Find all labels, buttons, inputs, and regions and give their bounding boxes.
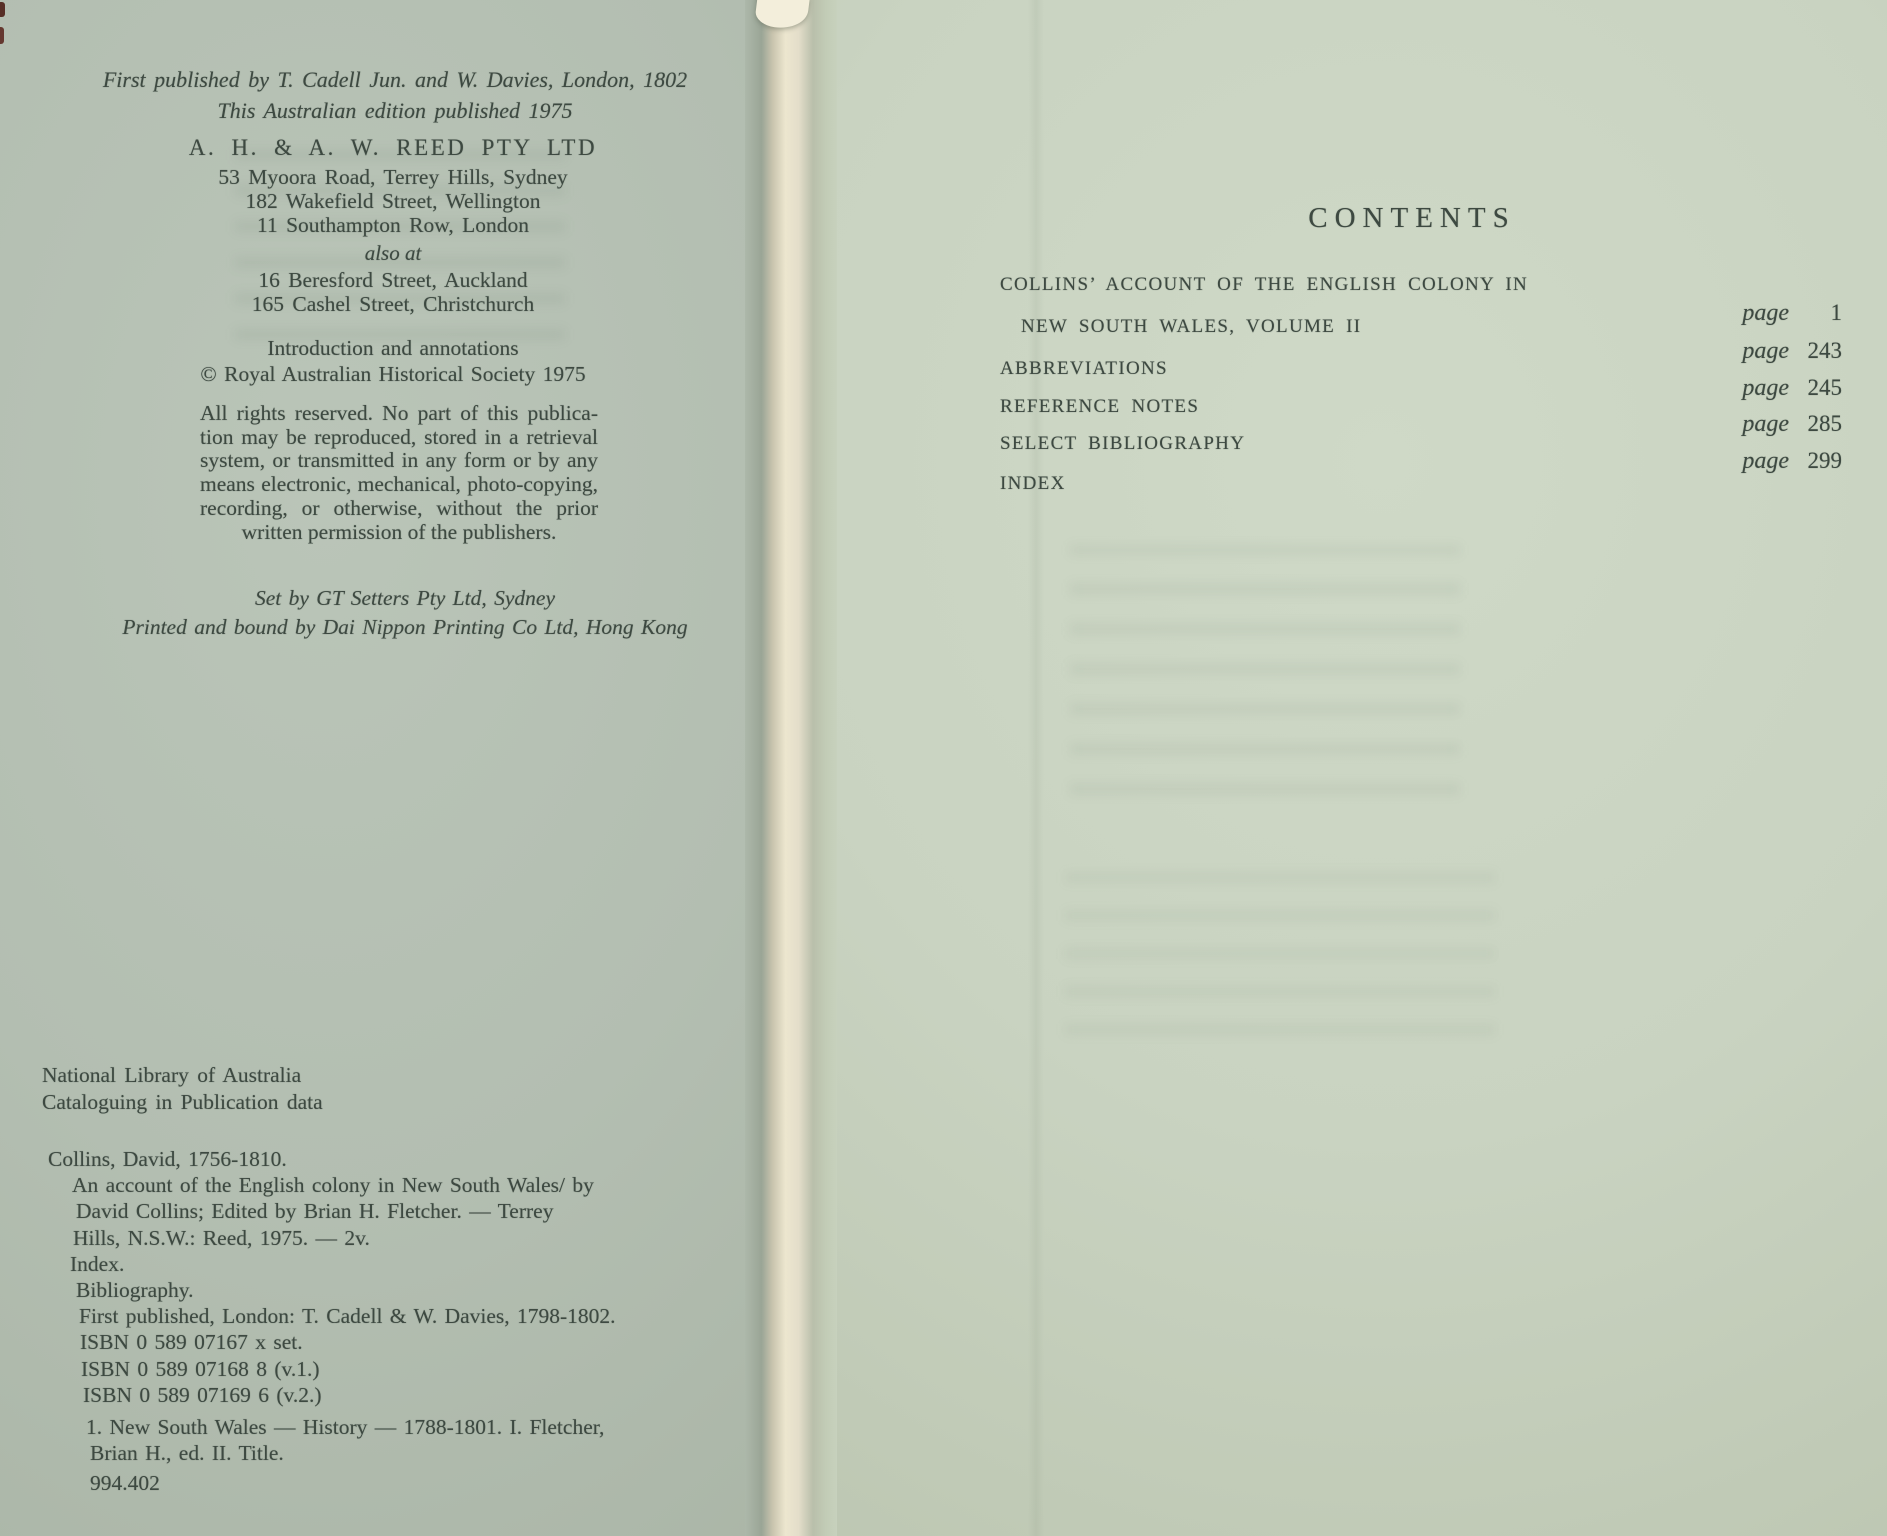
copyright-line: © Royal Australian Historical Society 19… — [93, 362, 693, 388]
cip-line: First published, London: T. Cadell & W. … — [42, 1303, 702, 1329]
page-ref: page 245 — [1736, 375, 1842, 402]
cip-line: ISBN 0 589 07169 6 (v.2.) — [42, 1382, 702, 1408]
book-gutter — [745, 0, 837, 1536]
contents-title: CONTENTS — [1112, 202, 1712, 235]
page-number: 299 — [1796, 448, 1842, 474]
cip-line: 994.402 — [42, 1470, 702, 1496]
contents-entry-select-bibliography: SELECT BIBLIOGRAPHY — [1000, 433, 1245, 455]
cip-header: National Library of Australia Cataloguin… — [42, 1062, 642, 1115]
cip-header-line: Cataloguing in Publication data — [42, 1089, 642, 1116]
cip-header-line: National Library of Australia — [42, 1062, 642, 1089]
contents-entry-volume-line2: NEW SOUTH WALES, VOLUME II — [1021, 316, 1361, 338]
address-line: 182 Wakefield Street, Wellington — [93, 190, 693, 214]
cip-line: David Collins; Edited by Brian H. Fletch… — [42, 1198, 702, 1224]
page-word: page — [1742, 338, 1789, 365]
contents-entry-reference-notes: REFERENCE NOTES — [1000, 396, 1199, 418]
rights-line: tion may be reproduced, stored in a retr… — [200, 426, 598, 450]
page-fold-line — [1028, 0, 1044, 1536]
page-word: page — [1742, 448, 1789, 475]
address-line: 16 Beresford Street, Auckland — [93, 268, 693, 292]
address-line: 11 Southampton Row, London — [93, 214, 693, 238]
rights-line: All rights reserved. No part of this pub… — [200, 402, 598, 426]
page-ref: page 1 — [1736, 300, 1842, 327]
cip-line: An account of the English colony in New … — [42, 1172, 702, 1198]
colophon-line: Printed and bound by Dai Nippon Printing… — [100, 613, 710, 642]
page-word: page — [1742, 375, 1789, 402]
cip-line: ISBN 0 589 07168 8 (v.1.) — [42, 1356, 702, 1382]
cip-line: Hills, N.S.W.: Reed, 1975. — 2v. — [42, 1225, 702, 1251]
cip-line: ISBN 0 589 07167 x set. — [42, 1329, 702, 1355]
photo-edge-artifact — [0, 2, 5, 17]
rights-line: means electronic, mechanical, photo-copy… — [200, 473, 598, 497]
address-line: 53 Myoora Road, Terrey Hills, Sydney — [93, 166, 693, 190]
contents-entry-volume: COLLINS’ ACCOUNT OF THE ENGLISH COLONY I… — [1000, 274, 1528, 296]
cip-line: 1. New South Wales — History — 1788-1801… — [42, 1414, 702, 1440]
edition-statement: First published by T. Cadell Jun. and W.… — [95, 64, 695, 126]
colophon: Set by GT Setters Pty Ltd, Sydney Printe… — [100, 584, 710, 641]
page-number: 1 — [1796, 300, 1842, 326]
page-number: 243 — [1796, 338, 1842, 364]
rights-line: system, or transmitted in any form or by… — [200, 449, 598, 473]
rights-line: written permission of the publishers. — [200, 521, 598, 545]
page-number: 285 — [1796, 411, 1842, 437]
book-photo: First published by T. Cadell Jun. and W.… — [0, 0, 1887, 1536]
page-ref: page 243 — [1736, 338, 1842, 365]
address-line: 165 Cashel Street, Christchurch — [93, 292, 693, 316]
edition-line: This Australian edition published 1975 — [95, 95, 695, 126]
publisher-addresses-secondary: 16 Beresford Street, Auckland 165 Cashel… — [93, 268, 693, 316]
publisher-name: A. H. & A. W. REED PTY LTD — [93, 135, 693, 161]
contents-entry-index: INDEX — [1000, 473, 1066, 495]
rights-line: recording, or otherwise, without the pri… — [200, 497, 598, 521]
publisher-addresses: 53 Myoora Road, Terrey Hills, Sydney 182… — [93, 166, 693, 237]
copyright-notice: Introduction and annotations © Royal Aus… — [93, 336, 693, 387]
copyright-line: Introduction and annotations — [93, 336, 693, 362]
page-word: page — [1742, 300, 1789, 327]
page-ref: page 285 — [1736, 411, 1842, 438]
also-at-label: also at — [93, 241, 693, 266]
page-number: 245 — [1796, 375, 1842, 401]
cip-line: Collins, David, 1756-1810. — [42, 1146, 702, 1172]
contents-entry-abbreviations: ABBREVIATIONS — [1000, 358, 1168, 380]
cip-line: Bibliography. — [42, 1277, 702, 1303]
cip-line: Index. — [42, 1251, 702, 1277]
rights-statement: All rights reserved. No part of this pub… — [200, 402, 598, 544]
colophon-line: Set by GT Setters Pty Ltd, Sydney — [100, 584, 710, 613]
edition-line: First published by T. Cadell Jun. and W.… — [95, 64, 695, 95]
cip-record: Collins, David, 1756-1810. An account of… — [42, 1146, 702, 1497]
photo-edge-artifact — [0, 27, 4, 44]
page-word: page — [1742, 411, 1789, 438]
cip-line: Brian H., ed. II. Title. — [42, 1440, 702, 1466]
page-ref: page 299 — [1736, 448, 1842, 475]
